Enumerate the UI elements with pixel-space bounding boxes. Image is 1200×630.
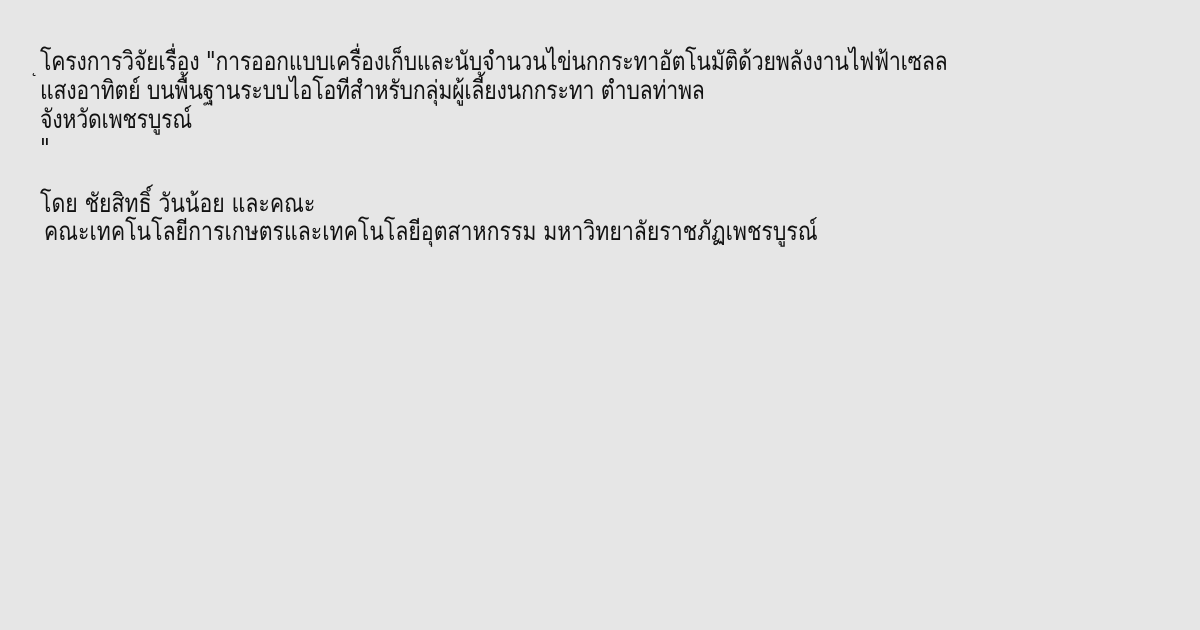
- title-line-4: ": [40, 135, 983, 164]
- title-line-2: แสงอาทิตย์ บนพื้นฐานระบบไอโอทีสำหรับกลุ่…: [40, 77, 983, 106]
- title-line-1: โครงการวิจัยเรื่อง "การออกแบบเครื่องเก็บ…: [40, 48, 983, 77]
- document-page: ˛ โครงการวิจัยเรื่อง "การออกแบบเครื่องเก…: [0, 0, 1200, 630]
- title-line-3: จังหวัดเพชรบูรณ์: [40, 106, 983, 135]
- affiliation-line: คณะเทคโนโลยีการเกษตรและเทคโนโลยีอุตสาหกร…: [44, 218, 818, 247]
- project-title: โครงการวิจัยเรื่อง "การออกแบบเครื่องเก็บ…: [40, 48, 983, 164]
- author-line: โดย ชัยสิทธิ์ วันน้อย และคณะ: [40, 190, 315, 219]
- leading-mark: ˛: [30, 58, 38, 77]
